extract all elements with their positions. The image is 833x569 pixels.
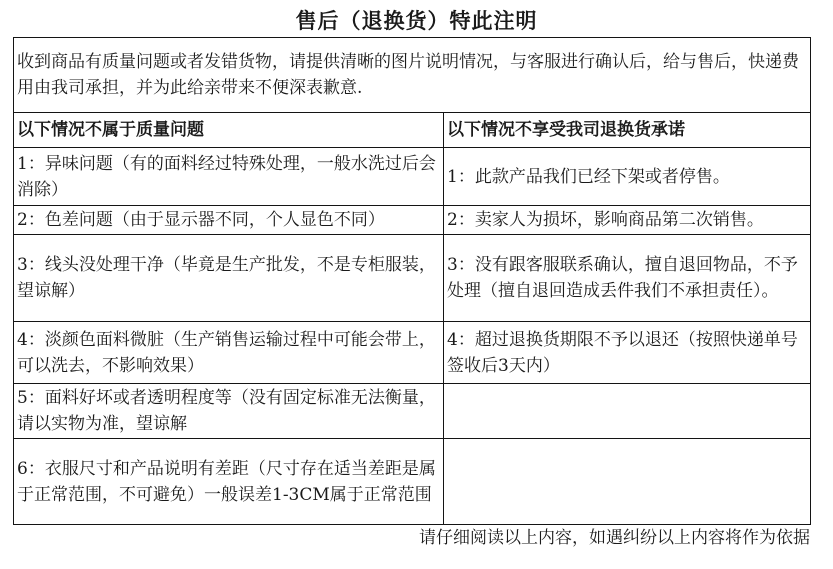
left-cell-6: 6：衣服尺寸和产品说明有差距（尺寸存在适当差距是属于正常范围，不可避免）一般误差…	[14, 439, 444, 525]
table-row: 1：异味问题（有的面料经过特殊处理，一般水洗过后会消除） 1：此款产品我们已经下…	[14, 148, 811, 206]
intro-cell: 收到商品有质量问题或者发错货物，请提供清晰的图片说明情况，与客服进行确认后，给与…	[14, 38, 811, 113]
table-row: 3：线头没处理干净（毕竟是生产批发，不是专柜服装，望谅解） 3：没有跟客服联系确…	[14, 235, 811, 322]
table-row: 6：衣服尺寸和产品说明有差距（尺寸存在适当差距是属于正常范围，不可避免）一般误差…	[14, 439, 811, 525]
right-cell-4: 4：超过退换货期限不予以退还（按照快递单号签收后3天内）	[444, 322, 811, 384]
after-sales-notice-page: 售后（退换货）特此注明 收到商品有质量问题或者发错货物，请提供清晰的图片说明情况…	[0, 0, 833, 569]
left-cell-4: 4：淡颜色面料微脏（生产销售运输过程中可能会带上，可以洗去，不影响效果）	[14, 322, 444, 384]
table-row: 2：色差问题（由于显示器不同，个人显色不同） 2：卖家人为损坏，影响商品第二次销…	[14, 206, 811, 235]
footer-note: 请仔细阅读以上内容，如遇纠纷以上内容将作为依据	[419, 523, 810, 548]
header-row: 以下情况不属于质量问题 以下情况不享受我司退换货承诺	[14, 113, 811, 148]
table-row: 4：淡颜色面料微脏（生产销售运输过程中可能会带上，可以洗去，不影响效果） 4：超…	[14, 322, 811, 384]
right-cell-2: 2：卖家人为损坏，影响商品第二次销售。	[444, 206, 811, 235]
right-cell-3: 3：没有跟客服联系确认，擅自退回物品，不予处理（擅自退回造成丢件我们不承担责任）…	[444, 235, 811, 322]
table-row: 5：面料好坏或者透明程度等（没有固定标准无法衡量，请以实物为准，望谅解	[14, 384, 811, 439]
left-cell-2: 2：色差问题（由于显示器不同，个人显色不同）	[14, 206, 444, 235]
left-cell-3: 3：线头没处理干净（毕竟是生产批发，不是专柜服装，望谅解）	[14, 235, 444, 322]
page-title: 售后（退换货）特此注明	[0, 5, 833, 35]
intro-row: 收到商品有质量问题或者发错货物，请提供清晰的图片说明情况，与客服进行确认后，给与…	[14, 38, 811, 113]
right-cell-6	[444, 439, 811, 525]
left-cell-5: 5：面料好坏或者透明程度等（没有固定标准无法衡量，请以实物为准，望谅解	[14, 384, 444, 439]
right-cell-5	[444, 384, 811, 439]
left-column-header: 以下情况不属于质量问题	[14, 113, 444, 148]
right-cell-1: 1：此款产品我们已经下架或者停售。	[444, 148, 811, 206]
right-column-header: 以下情况不享受我司退换货承诺	[444, 113, 811, 148]
policy-table: 收到商品有质量问题或者发错货物，请提供清晰的图片说明情况，与客服进行确认后，给与…	[13, 37, 811, 525]
left-cell-1: 1：异味问题（有的面料经过特殊处理，一般水洗过后会消除）	[14, 148, 444, 206]
